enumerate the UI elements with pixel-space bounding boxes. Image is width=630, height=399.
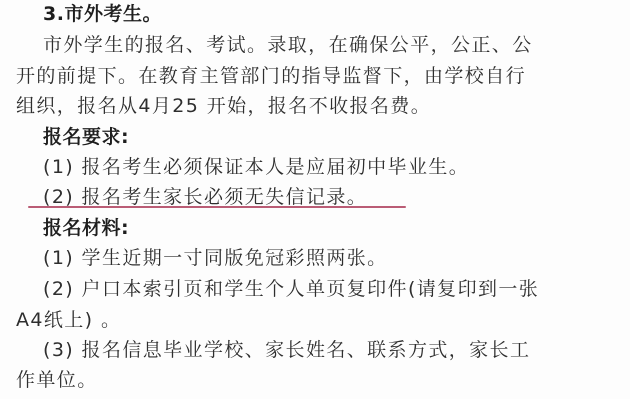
material-item: (1) 学生近期一寸同版免冠彩照两张。	[43, 246, 388, 270]
materials-heading: 报名材料:	[43, 216, 129, 240]
material-item: (2) 户口本索引页和学生个人单页复印件(请复印到一张	[43, 277, 539, 301]
section-heading: 3.市外考生。	[43, 2, 162, 26]
requirements-heading: 报名要求:	[43, 125, 129, 149]
document-page: 3.市外考生。 市外学生的报名、考试。录取，在确保公平，公正、公 开的前提下。在…	[0, 0, 630, 399]
material-item-continuation: A4纸上) 。	[16, 308, 121, 332]
material-item-continuation: 作单位。	[16, 368, 98, 392]
paragraph-line: 组织，报名从4月25 开始，报名不收报名费。	[16, 94, 431, 118]
requirement-item: (1) 报名考生必须保证本人是应届初中毕业生。	[43, 155, 469, 179]
paragraph-line: 开的前提下。在教育主管部门的指导监督下，由学校自行	[16, 64, 526, 88]
material-item: (3) 报名信息毕业学校、家长姓名、联系方式，家长工	[43, 338, 530, 362]
paragraph-line: 市外学生的报名、考试。录取，在确保公平，公正、公	[43, 33, 533, 57]
highlight-underline	[28, 206, 406, 208]
